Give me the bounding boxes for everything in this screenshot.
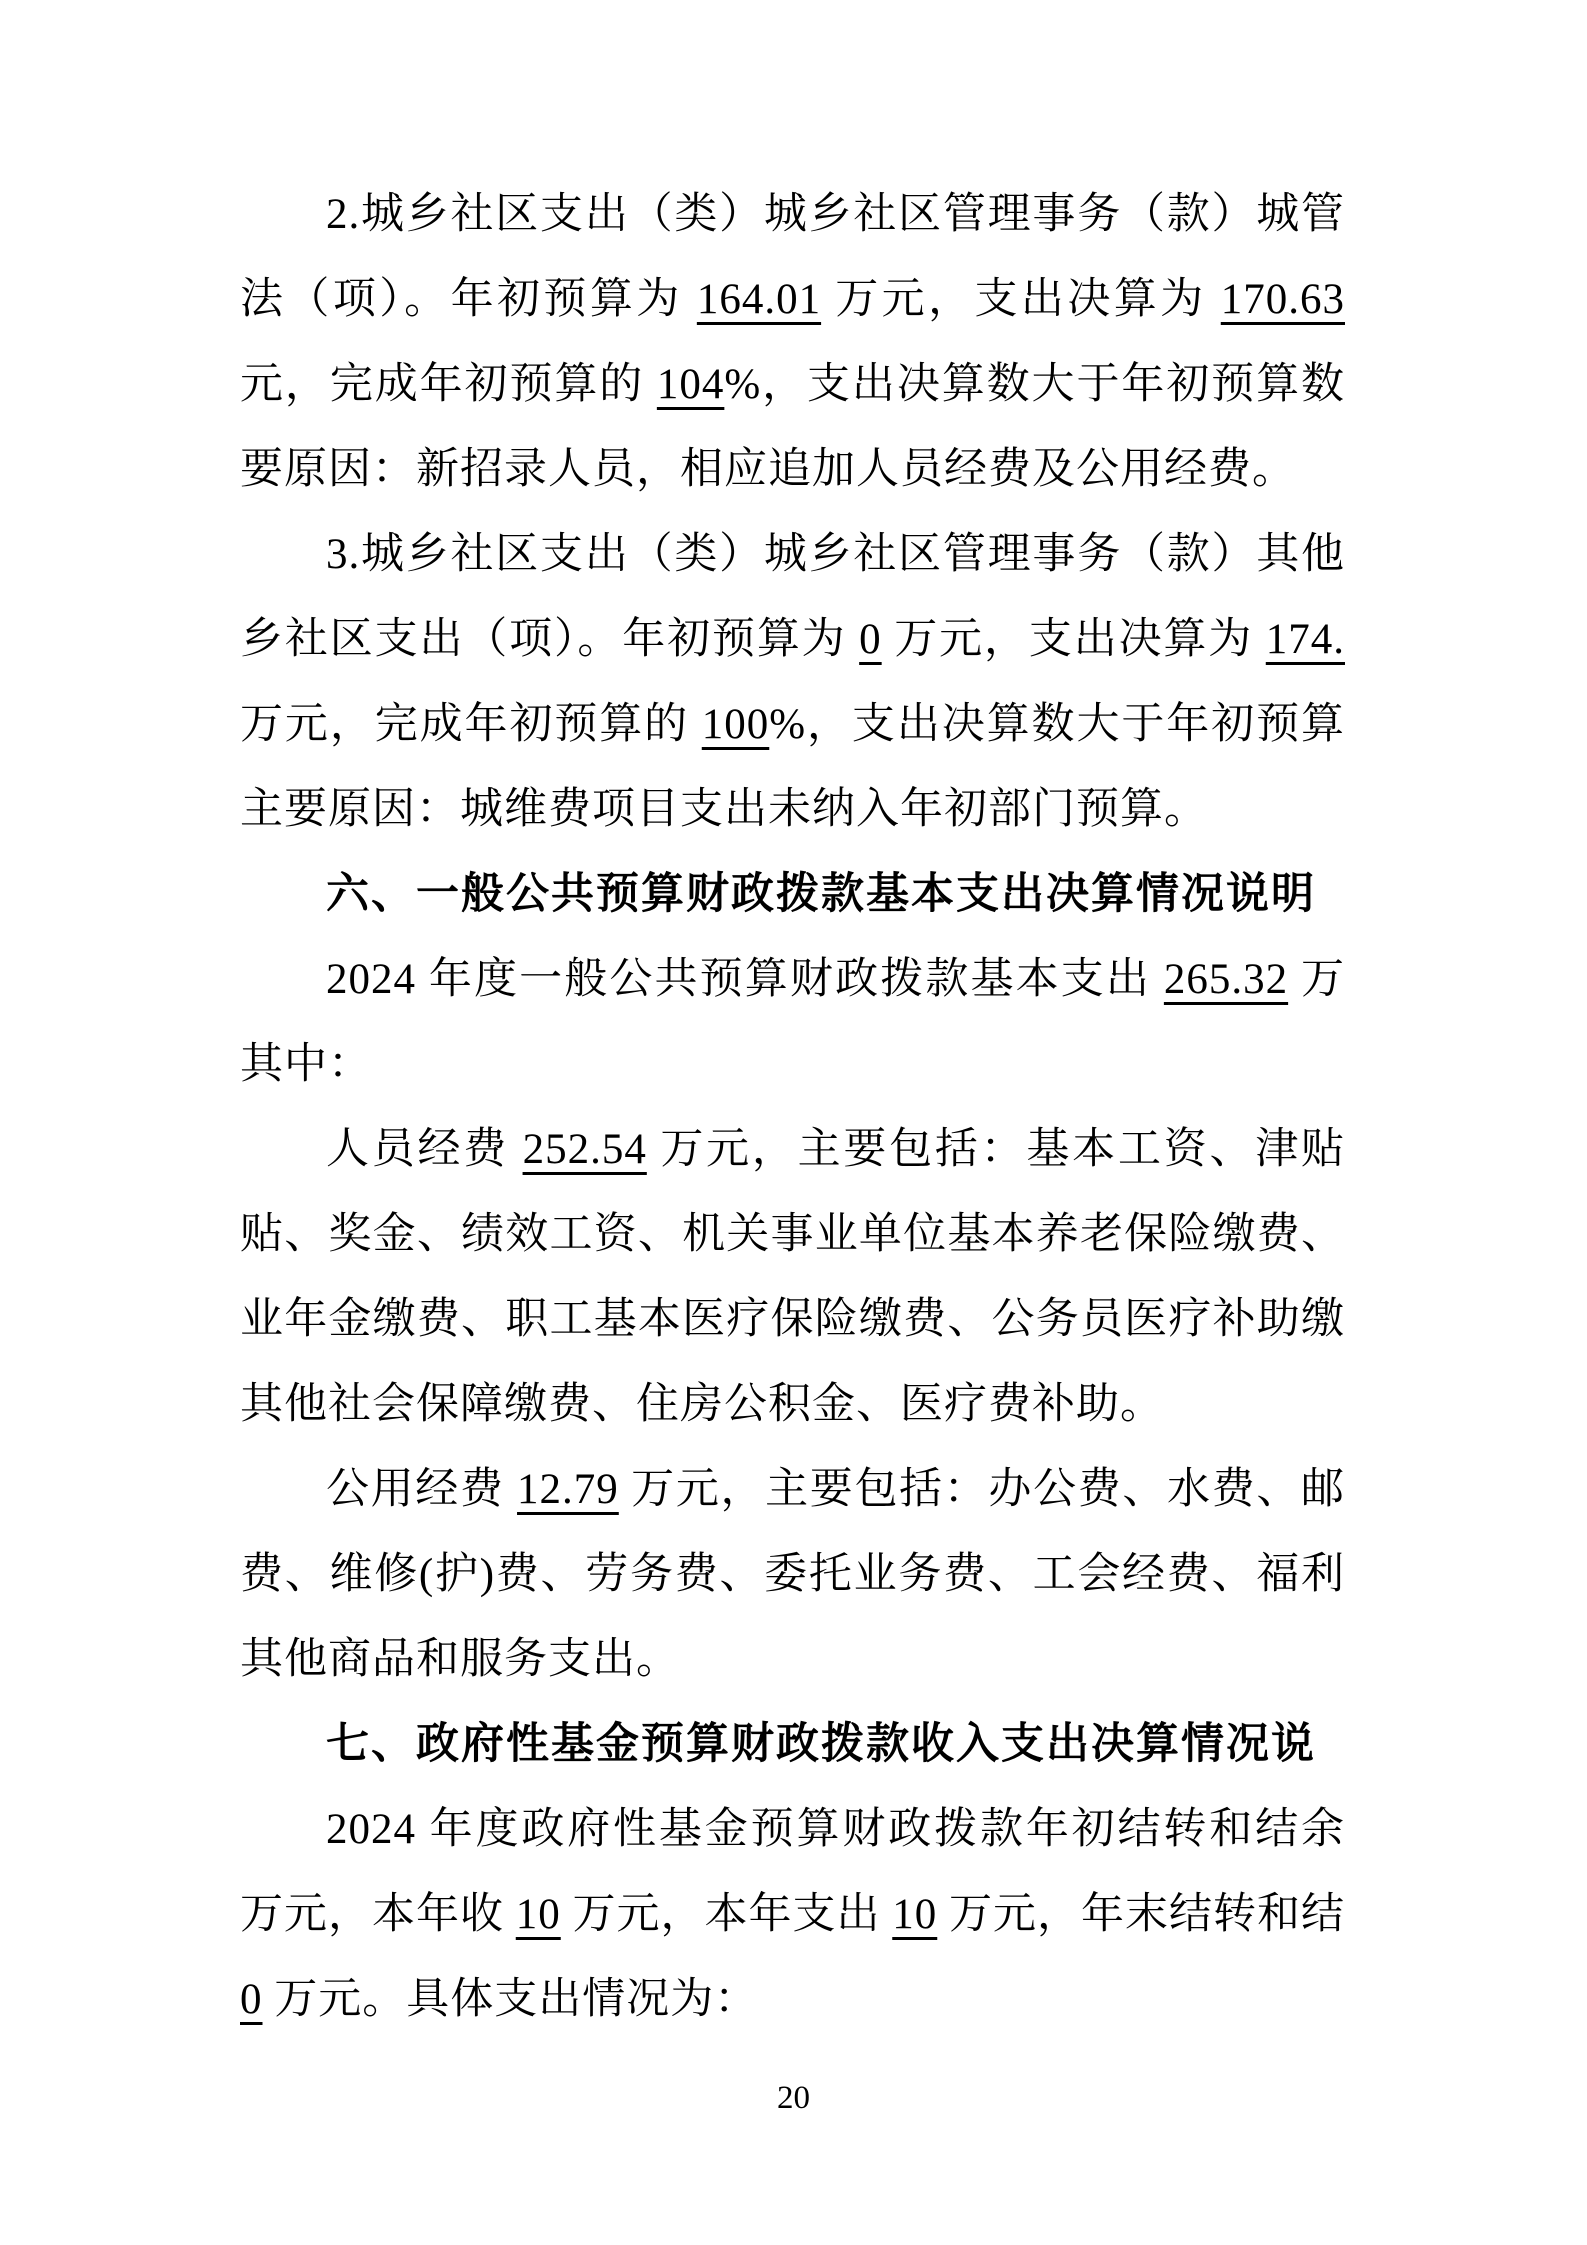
text-run: 法（项）。年初预算为 bbox=[240, 276, 697, 323]
text-line: 3.城乡社区支出（类）城乡社区管理事务（款）其他城 bbox=[240, 512, 1345, 597]
text-run: 2.城乡社区支出（类）城乡社区管理事务（款）城管执 bbox=[326, 191, 1345, 257]
text-run: 其中： bbox=[240, 1041, 372, 1088]
underlined-value: 170.63 bbox=[1221, 276, 1345, 323]
text-line: 贴、奖金、绩效工资、机关事业单位基本养老保险缴费、职 bbox=[240, 1192, 1345, 1277]
text-run: 要原因：新招录人员，相应追加人员经费及公用经费。 bbox=[240, 446, 1296, 493]
underlined-value: 10 bbox=[516, 1891, 561, 1938]
underlined-value: 104 bbox=[657, 361, 725, 408]
text-run: 贴、奖金、绩效工资、机关事业单位基本养老保险缴费、职 bbox=[240, 1211, 1345, 1277]
text-run: 元，完成年初预算的 bbox=[240, 361, 657, 408]
text-run: 费、维修(护)费、劳务费、委托业务费、工会经费、福利费、 bbox=[240, 1551, 1345, 1617]
text-line: 万元，本年收 10 万元，本年支出 10 万元，年末结转和结余 bbox=[240, 1872, 1345, 1957]
text-run: 业年金缴费、职工基本医疗保险缴费、公务员医疗补助缴费、 bbox=[240, 1296, 1345, 1362]
text-line: 乡社区支出（项）。年初预算为 0 万元，支出决算为 174.51 bbox=[240, 597, 1345, 682]
section-heading: 六、一般公共预算财政拨款基本支出决算情况说明 bbox=[240, 852, 1345, 937]
text-line: 万元，完成年初预算的 100%，支出决算数大于年初预算数的 bbox=[240, 682, 1345, 767]
text-run: 万元，支出决算为 bbox=[882, 616, 1266, 663]
text-run: 2024 年度政府性基金预算财政拨款年初结转和结余 bbox=[326, 1806, 1345, 1853]
page-number: 20 bbox=[0, 2080, 1587, 2116]
section-heading: 七、政府性基金预算财政拨款收入支出决算情况说明 bbox=[240, 1702, 1345, 1787]
document-page: 2.城乡社区支出（类）城乡社区管理事务（款）城管执法（项）。年初预算为 164.… bbox=[0, 0, 1587, 2245]
text-run: 万元，支出决算为 bbox=[821, 276, 1221, 323]
text-run: 七、政府性基金预算财政拨款收入支出决算情况说明 bbox=[326, 1720, 1316, 1787]
document-body: 2.城乡社区支出（类）城乡社区管理事务（款）城管执法（项）。年初预算为 164.… bbox=[240, 172, 1345, 2042]
underlined-value: 265.32 bbox=[1164, 956, 1288, 1003]
text-run: 万元，本年支出 bbox=[561, 1891, 893, 1938]
text-run: 六、一般公共预算财政拨款基本支出决算情况说明 bbox=[326, 870, 1316, 918]
text-run: 万元，完成年初预算的 bbox=[240, 701, 702, 748]
text-line: 2024 年度政府性基金预算财政拨款年初结转和结余 bbox=[240, 1787, 1345, 1872]
underlined-value: 12.79 bbox=[517, 1466, 619, 1513]
text-line: 人员经费 252.54 万元，主要包括：基本工资、津贴补 bbox=[240, 1107, 1345, 1192]
text-line: 公用经费 12.79 万元，主要包括：办公费、水费、邮电 bbox=[240, 1447, 1345, 1532]
text-line: 其中： bbox=[240, 1022, 1345, 1107]
text-run: 乡社区支出（项）。年初预算为 bbox=[240, 616, 859, 663]
text-line: 要原因：新招录人员，相应追加人员经费及公用经费。 bbox=[240, 427, 1345, 512]
underlined-value: 164.01 bbox=[697, 276, 821, 323]
text-run: 主要原因：城维费项目支出未纳入年初部门预算。 bbox=[240, 786, 1208, 833]
text-run: 2024 年度一般公共预算财政拨款基本支出 bbox=[326, 956, 1164, 1003]
underlined-value: 0 bbox=[240, 1976, 263, 2023]
text-run: 其他商品和服务支出。 bbox=[240, 1636, 680, 1683]
text-run: 公用经费 bbox=[326, 1466, 517, 1513]
text-line: 其他商品和服务支出。 bbox=[240, 1617, 1345, 1702]
text-line: 2024 年度一般公共预算财政拨款基本支出 265.32 万元， bbox=[240, 937, 1345, 1022]
text-run: 万元。具体支出情况为： bbox=[263, 1976, 759, 2023]
text-run: 3.城乡社区支出（类）城乡社区管理事务（款）其他城 bbox=[326, 531, 1345, 597]
text-line: 法（项）。年初预算为 164.01 万元，支出决算为 170.63 万 bbox=[240, 257, 1345, 342]
underlined-value: 10 bbox=[892, 1891, 937, 1938]
text-run: 其他社会保障缴费、住房公积金、医疗费补助。 bbox=[240, 1381, 1164, 1428]
text-run: 万元，本年收 bbox=[240, 1891, 516, 1938]
underlined-value: 252.54 bbox=[523, 1126, 647, 1173]
text-line: 2.城乡社区支出（类）城乡社区管理事务（款）城管执 bbox=[240, 172, 1345, 257]
text-run: 人员经费 bbox=[326, 1126, 523, 1173]
underlined-value: 100 bbox=[702, 701, 770, 748]
text-line: 费、维修(护)费、劳务费、委托业务费、工会经费、福利费、 bbox=[240, 1532, 1345, 1617]
underlined-value: 0 bbox=[859, 616, 882, 663]
text-line: 业年金缴费、职工基本医疗保险缴费、公务员医疗补助缴费、 bbox=[240, 1277, 1345, 1362]
text-line: 元，完成年初预算的 104%，支出决算数大于年初预算数的主 bbox=[240, 342, 1345, 427]
text-line: 主要原因：城维费项目支出未纳入年初部门预算。 bbox=[240, 767, 1345, 852]
text-line: 0 万元。具体支出情况为： bbox=[240, 1957, 1345, 2042]
text-line: 其他社会保障缴费、住房公积金、医疗费补助。 bbox=[240, 1362, 1345, 1447]
